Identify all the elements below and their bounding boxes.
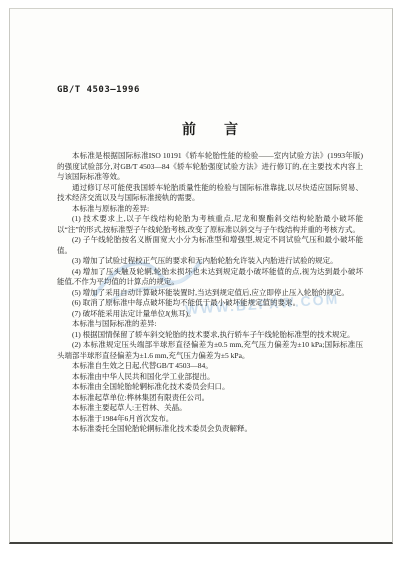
paragraph: 本标准起草单位:桦林集团有限责任公司。 — [57, 393, 363, 404]
paragraph: (3) 增加了试验过程校正气压的要求和无内胎轮胎允许装入内胎进行试验的规定。 — [57, 256, 363, 267]
paragraph: (7) 破坏能采用法定计量单位J(焦耳)。 — [57, 309, 363, 320]
paragraph: 本标准于1984年6月首次发布。 — [57, 414, 363, 425]
paragraph: (2) 本标准规定压头端部半球形直径偏差为±0.5 mm,充气压力偏差为±10 … — [57, 340, 363, 361]
paragraph: 本标准与国际标准的差异: — [57, 319, 363, 330]
paragraph: 本标准是根据国际标准ISO 10191《轿车轮胎性能的检验——室内试验方法》(1… — [57, 151, 363, 183]
paragraph: 本标准主要起草人:王哲林、关晶。 — [57, 403, 363, 414]
paragraph: (6) 取消了原标准中每点破坏能均不能低于最小破坏能规定值的要求。 — [57, 298, 363, 309]
paragraph: (2) 子午线轮胎按名义断面宽大小分为标准型和增强型,规定不同试验气压和最小破坏… — [57, 235, 363, 256]
paragraph: 本标准由中华人民共和国化学工业部提出。 — [57, 372, 363, 383]
standard-number: GB/T 4503—1996 — [57, 85, 363, 95]
paragraph: (4) 增加了压头触及轮辋,轮胎未损坏也未达到规定最小破坏能值的点,视为达到最小… — [57, 267, 363, 288]
paragraph: 本标准委托全国轮胎轮辋标准化技术委员会负责解释。 — [57, 424, 363, 435]
paragraph: 本标准与原标准的差异: — [57, 204, 363, 215]
page-title: 前 言 — [57, 119, 363, 139]
paragraph: 本标准自生效之日起,代替GB/T 4503—84。 — [57, 361, 363, 372]
document-page: GB/T 4503—1996 前 言 本标准是根据国际标准ISO 10191《轿… — [57, 85, 363, 435]
paragraph: 本标准由全国轮胎轮辋标准化技术委员会归口。 — [57, 382, 363, 393]
paragraph: (1) 根据国情保留了轿车斜交轮胎的技术要求,执行轿车子午线轮胎标准型的技术规定… — [57, 330, 363, 341]
paragraph: (1) 技术要求上,以子午线结构轮胎为考核重点,尼龙和聚酯斜交结构轮胎最小破坏能… — [57, 214, 363, 235]
paragraph: 通过修订尽可能使我国轿车轮胎质量性能的检验与国际标准靠拢,以尽快适应国际贸易、技… — [57, 183, 363, 204]
paragraph: (5) 增加了采用自动计算破坏能装置时,当达到规定值后,应立即停止压入轮胎的规定… — [57, 288, 363, 299]
document-body: 本标准是根据国际标准ISO 10191《轿车轮胎性能的检验——室内试验方法》(1… — [57, 151, 363, 435]
